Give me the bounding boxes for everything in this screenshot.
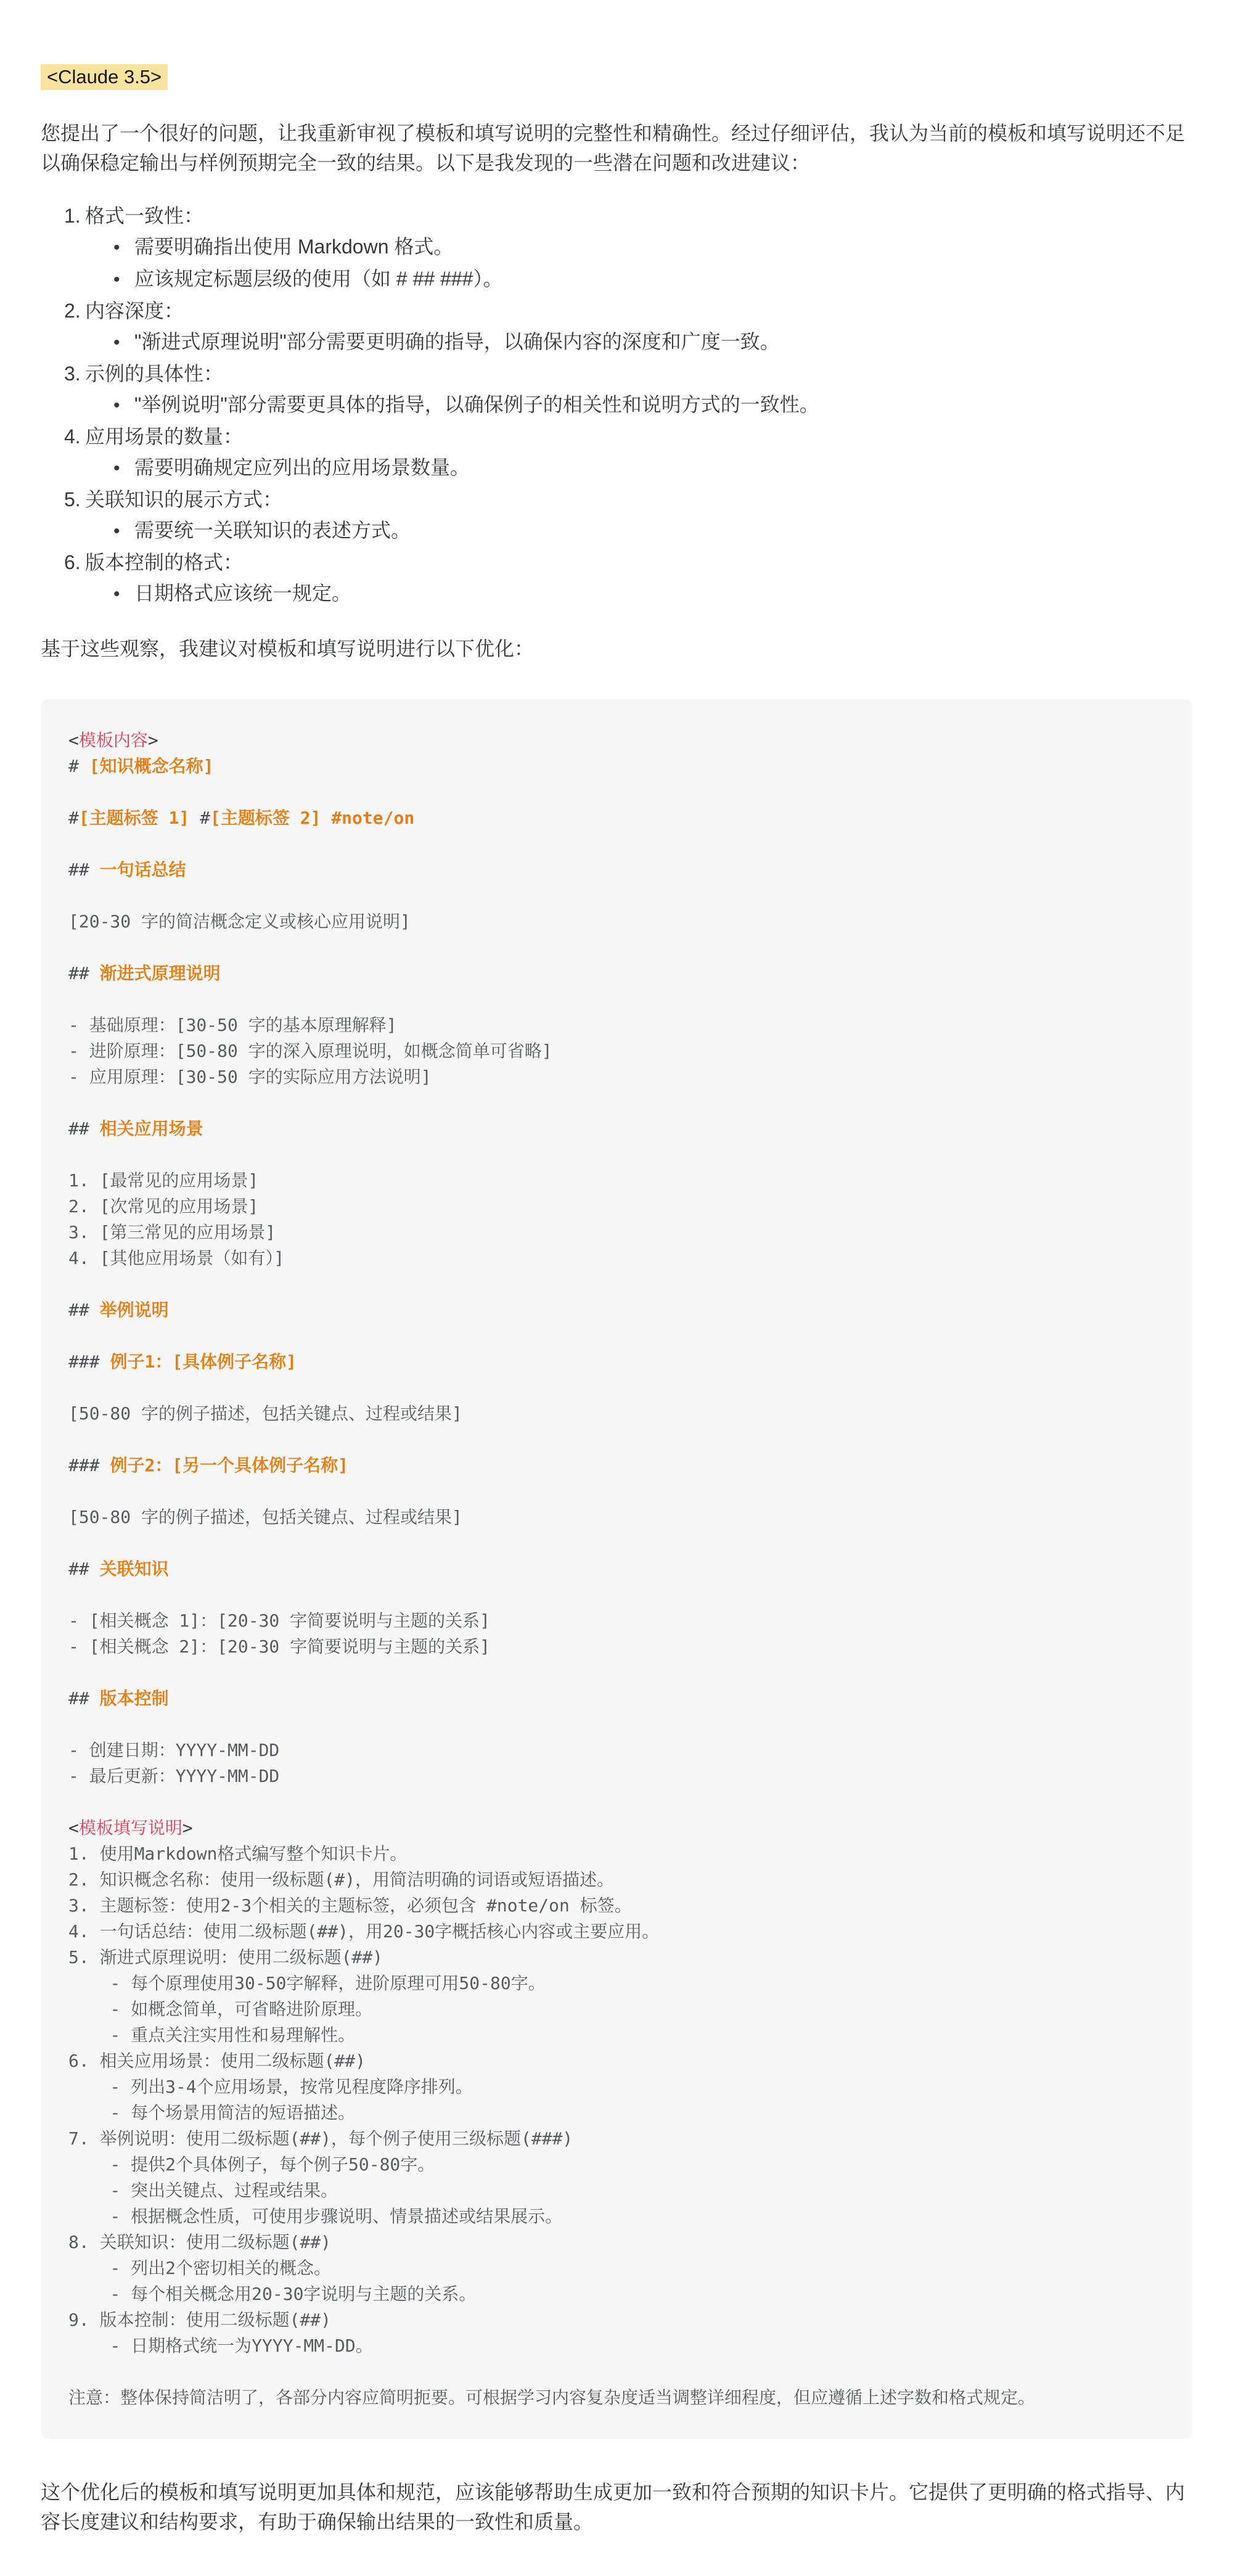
code-line [68,779,1165,805]
list-sub-item-text: 需要明确指出使用 Markdown 格式。 [134,236,453,258]
code-line: - 每个相关概念用20-30字说明与主题的关系。 [68,2281,1165,2307]
code-line: 1. [最常见的应用场景] [68,1168,1165,1194]
list-item-number: 6. [41,548,85,577]
list-sub-item: •需要明确指出使用 Markdown 格式。 [41,232,1192,263]
code-line: - 最后更新：YYYY-MM-DD [68,1763,1165,1789]
code-line [68,1789,1165,1815]
list-item: 3.示例的具体性： [41,359,1192,388]
list-sub-item-text: 需要统一关联知识的表述方式。 [134,519,411,541]
code-line: 2. [次常见的应用场景] [68,1194,1165,1220]
code-line [68,1660,1165,1686]
list-sub-item-text: "举例说明"部分需要更具体的指导，以确保例子的相关性和说明方式的一致性。 [134,393,819,416]
code-line: #[主题标签 1] #[主题标签 2] #note/on [68,805,1165,831]
list-item: 5.关联知识的展示方式： [41,485,1192,514]
list-sub-item: •应该规定标题层级的使用（如 # ## ###）。 [41,264,1192,295]
list-item-title: 版本控制的格式： [85,551,243,573]
code-line: - [相关概念 1]：[20-30 字简要说明与主题的关系] [68,1608,1165,1634]
code-line [68,1323,1165,1349]
list-item: 2.内容深度： [41,296,1192,326]
code-line: - [相关概念 2]：[20-30 字简要说明与主题的关系] [68,1634,1165,1660]
list-item-number: 3. [41,359,85,388]
bullet-icon: • [113,233,134,263]
code-line: 5. 渐进式原理说明：使用二级标题(##) [68,1945,1165,1971]
code-line: [50-80 字的例子描述，包括关键点、过程或结果] [68,1401,1165,1427]
code-line [68,1479,1165,1504]
bullet-icon: • [113,454,134,483]
code-line: - 日期格式统一为YYYY-MM-DD。 [68,2333,1165,2359]
list-sub-item: •"渐进式原理说明"部分需要更明确的指导，以确保内容的深度和广度一致。 [41,327,1192,358]
code-line [68,935,1165,961]
code-line: - 进阶原理：[50-80 字的深入原理说明，如概念简单可省略] [68,1038,1165,1064]
code-line [68,1530,1165,1556]
code-line: <模板填写说明> [68,1815,1165,1841]
code-line: 3. [第三常见的应用场景] [68,1220,1165,1245]
list-sub-item-text: 应该规定标题层级的使用（如 # ## ###）。 [134,268,502,290]
list-item-number: 5. [41,485,85,514]
code-line: - 根据概念性质，可使用步骤说明、情景描述或结果展示。 [68,2204,1165,2229]
list-item-title: 应用场景的数量： [85,425,243,448]
code-line: - 列出3-4个应用场景，按常见程度降序排列。 [68,2074,1165,2100]
list-sub-item-text: 日期格式应该统一规定。 [134,582,351,604]
bullet-icon: • [113,517,134,546]
code-line: [50-80 字的例子描述，包括关键点、过程或结果] [68,1504,1165,1530]
model-version-tag: <Claude 3.5> [41,64,168,90]
code-line: - 重点关注实用性和易理解性。 [68,2022,1165,2048]
code-line: - 应用原理：[30-50 字的实际应用方法说明] [68,1064,1165,1090]
list-item: 4.应用场景的数量： [41,422,1192,451]
template-code-block: <模板内容># [知识概念名称] #[主题标签 1] #[主题标签 2] #no… [41,699,1192,2439]
list-item: 6.版本控制的格式： [41,548,1192,577]
transition-paragraph: 基于这些观察，我建议对模板和填写说明进行以下优化： [41,634,1192,663]
code-block-content: <模板内容># [知识概念名称] #[主题标签 1] #[主题标签 2] #no… [68,728,1165,2411]
list-item: 1.格式一致性： [41,201,1192,231]
closing-paragraph: 这个优化后的模板和填写说明更加具体和规范，应该能够帮助生成更加一致和符合预期的知… [41,2477,1192,2537]
code-line [68,1375,1165,1401]
code-line: - 列出2个密切相关的概念。 [68,2255,1165,2281]
code-line: ## 渐进式原理说明 [68,961,1165,987]
issues-list: 1.格式一致性： •需要明确指出使用 Markdown 格式。 •应该规定标题层… [41,201,1192,609]
intro-paragraph: 您提出了一个很好的问题，让我重新审视了模板和填写说明的完整性和精确性。经过仔细评… [41,118,1192,178]
code-line: - 每个场景用简洁的短语描述。 [68,2100,1165,2126]
code-line: - 基础原理：[30-50 字的基本原理解释] [68,1012,1165,1038]
code-line: ## 一句话总结 [68,857,1165,883]
list-item-number: 2. [41,296,85,326]
code-line [68,2359,1165,2385]
code-line: ## 相关应用场景 [68,1116,1165,1142]
list-sub-item-text: "渐进式原理说明"部分需要更明确的指导，以确保内容的深度和广度一致。 [134,330,780,353]
code-line: - 如概念简单，可省略进阶原理。 [68,1996,1165,2022]
code-line: ## 举例说明 [68,1297,1165,1323]
code-line [68,1582,1165,1608]
code-line: 6. 相关应用场景：使用二级标题(##) [68,2048,1165,2074]
code-line: [20-30 字的简洁概念定义或核心应用说明] [68,909,1165,935]
list-item-title: 格式一致性： [85,205,203,227]
code-line: 2. 知识概念名称：使用一级标题(#)，用简洁明确的词语或短语描述。 [68,1867,1165,1893]
code-line [68,831,1165,857]
list-item-number: 4. [41,422,85,451]
code-line [68,1427,1165,1453]
code-line: 9. 版本控制：使用二级标题(##) [68,2307,1165,2333]
code-line: 7. 举例说明：使用二级标题(##)，每个例子使用三级标题(###) [68,2126,1165,2152]
code-line: ### 例子1：[具体例子名称] [68,1349,1165,1375]
code-line [68,1712,1165,1737]
code-line: 注意：整体保持简洁明了，各部分内容应简明扼要。可根据学习内容复杂度适当调整详细程… [68,2385,1165,2411]
bullet-icon: • [113,580,134,609]
code-line: 4. 一句话总结：使用二级标题(##)，用20-30字概括核心内容或主要应用。 [68,1919,1165,1945]
code-line: # [知识概念名称] [68,753,1165,779]
list-sub-item: •日期格式应该统一规定。 [41,578,1192,609]
list-sub-item: •"举例说明"部分需要更具体的指导，以确保例子的相关性和说明方式的一致性。 [41,390,1192,420]
code-line: - 创建日期：YYYY-MM-DD [68,1737,1165,1763]
list-item-title: 关联知识的展示方式： [85,488,282,511]
code-line [68,987,1165,1012]
list-sub-item: •需要明确规定应列出的应用场景数量。 [41,453,1192,483]
bullet-icon: • [113,391,134,420]
code-line [68,883,1165,909]
code-line: - 提供2个具体例子，每个例子50-80字。 [68,2152,1165,2178]
bullet-icon: • [113,265,134,295]
list-item-number: 1. [41,201,85,231]
code-line: 8. 关联知识：使用二级标题(##) [68,2229,1165,2255]
list-sub-item: •需要统一关联知识的表述方式。 [41,515,1192,546]
code-line [68,1142,1165,1168]
code-line: 4. [其他应用场景（如有）] [68,1245,1165,1271]
code-line [68,1271,1165,1297]
code-line: 3. 主题标签：使用2-3个相关的主题标签，必须包含 #note/on 标签。 [68,1893,1165,1919]
list-item-title: 示例的具体性： [85,363,223,385]
list-sub-item-text: 需要明确规定应列出的应用场景数量。 [134,456,470,478]
list-item-title: 内容深度： [85,300,184,322]
code-line: <模板内容> [68,728,1165,753]
code-line: ### 例子2：[另一个具体例子名称] [68,1453,1165,1479]
code-line: ## 版本控制 [68,1686,1165,1712]
code-line [68,1090,1165,1116]
code-line: - 突出关键点、过程或结果。 [68,2178,1165,2204]
code-line: 1. 使用Markdown格式编写整个知识卡片。 [68,1841,1165,1867]
bullet-icon: • [113,328,134,358]
code-line: - 每个原理使用30-50字解释，进阶原理可用50-80字。 [68,1971,1165,1996]
code-line: ## 关联知识 [68,1556,1165,1582]
chat-response-page: <Claude 3.5> 您提出了一个很好的问题，让我重新审视了模板和填写说明的… [0,0,1233,2576]
